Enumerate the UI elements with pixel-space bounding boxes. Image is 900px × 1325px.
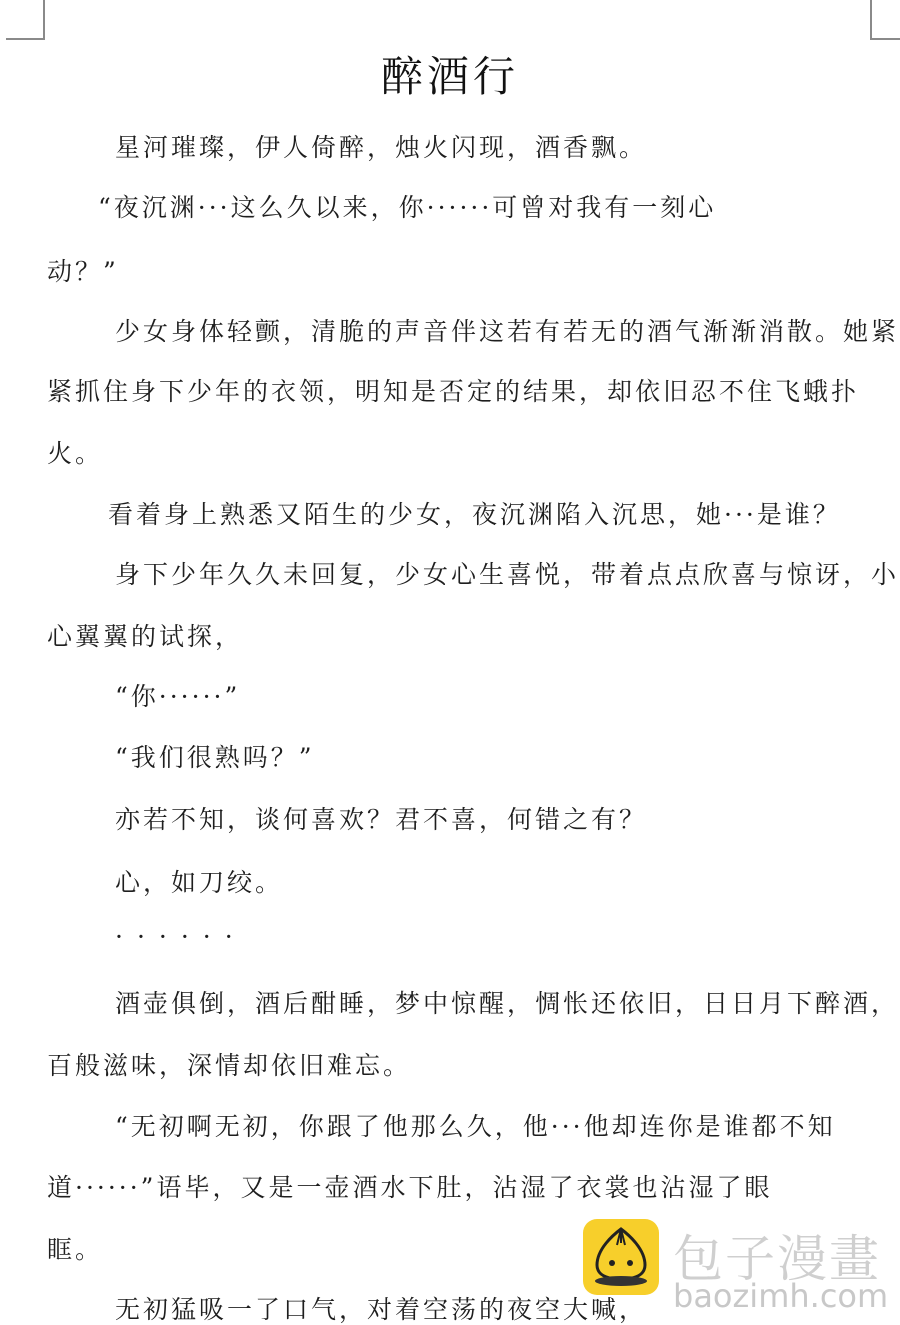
text-line: “无初啊无初，你跟了他那么久，他···他却连你是谁都不知: [115, 1107, 836, 1143]
text-line: 动？”: [47, 252, 119, 288]
text-line: 亦若不知，谈何喜欢？君不喜，何错之有？: [115, 800, 647, 836]
text-line: 酒壶俱倒，酒后酣睡，梦中惊醒，惆怅还依旧，日日月下醉酒，: [115, 984, 899, 1020]
page-corner-mark-top-right: [870, 0, 900, 40]
text-line: 少女身体轻颤，清脆的声音伴这若有若无的酒气渐渐消散。她紧: [115, 312, 899, 348]
text-line: 看着身上熟悉又陌生的少女，夜沉渊陷入沉思，她···是谁？: [108, 495, 841, 531]
watermark-url: baozimh.com: [673, 1277, 888, 1315]
text-line: 火。: [47, 434, 103, 470]
text-line: 心翼翼的试探，: [47, 617, 243, 653]
text-line: “我们很熟吗？”: [115, 738, 315, 774]
bun-mascot-icon: [583, 1219, 659, 1295]
text-line: “夜沉渊···这么久以来，你······可曾对我有一刻心: [98, 188, 716, 224]
text-line: 道······”语毕，又是一壶酒水下肚，沾湿了衣裳也沾湿了眼: [47, 1168, 772, 1204]
text-line: 眶。: [47, 1230, 103, 1266]
text-line: 心，如刀绞。: [115, 863, 283, 899]
page-corner-mark-top-left: [6, 0, 45, 40]
text-line: 身下少年久久未回复，少女心生喜悦，带着点点欣喜与惊讶，小: [115, 555, 899, 591]
text-line: 无初猛吸一了口气，对着空荡的夜空大喊，: [115, 1290, 647, 1325]
text-line: 星河璀璨，伊人倚醉，烛火闪现，酒香飘。: [115, 128, 647, 164]
document-title: 醉酒行: [0, 44, 900, 104]
text-line: 百般滋味，深情却依旧难忘。: [47, 1046, 411, 1082]
text-line: 紧抓住身下少年的衣领，明知是否定的结果，却依旧忍不住飞蛾扑: [47, 372, 859, 408]
text-line: “你······”: [115, 677, 240, 713]
text-line: ······: [115, 922, 247, 951]
watermark: 包子漫畫 baozimh.com: [583, 1219, 883, 1319]
